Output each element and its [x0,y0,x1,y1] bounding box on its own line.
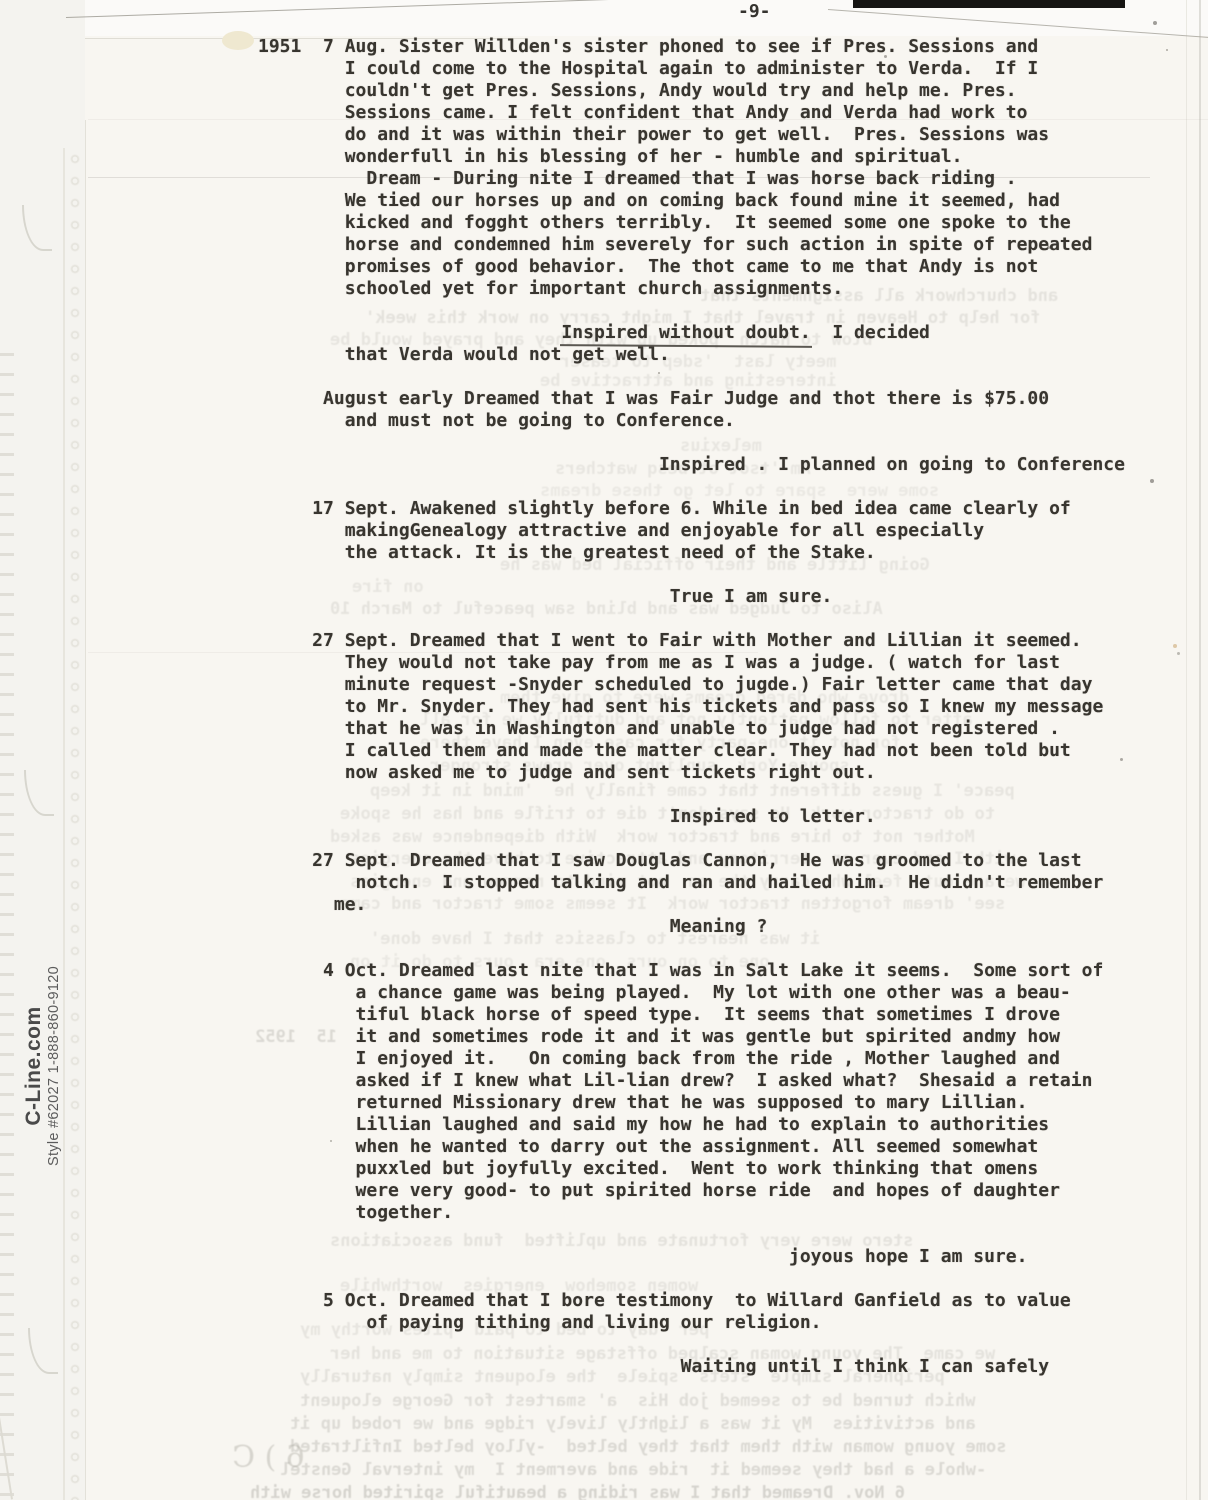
protector-stitch-marks [0,340,14,1500]
cline-brand-text: C-Line.com [22,916,46,1216]
dust-speck [1120,758,1123,761]
journal-entry-27-sept-cannon: 27 Sept. Dreamed that I saw Douglas Cann… [258,850,1125,916]
journal-entry-4-oct: 4 Oct. Dreamed last nite that I was in S… [258,960,1125,1224]
page-number: -9- [738,2,771,22]
note-inspired-to-letter: Inspired to letter. [258,806,1125,828]
paper-left-edge [85,120,86,1500]
note-joyous-hope: joyous hope I am sure. [258,1246,1125,1268]
dust-speck [1166,49,1168,51]
dust-speck [1173,644,1177,648]
journal-entry-august-early: August early Dreamed that I was Fair Jud… [258,388,1125,432]
cline-protector-label: C-Line.com Style #62027 1-888-860-9120 [22,916,62,1216]
binding-perforations [66,150,84,1500]
dust-speck [330,1140,332,1142]
cline-style-text: Style #62027 1-888-860-9120 [46,916,62,1216]
typewritten-text: 1951 7 Aug. Sister Willden's sister phon… [258,36,1125,1378]
paper-stain [222,31,254,50]
dust-speck [658,372,660,374]
journal-entry-17-sept: 17 Sept. Awakened slightly before 6. Whi… [258,498,1125,564]
dust-speck [1150,479,1154,483]
scan-top-black-strip [853,0,1125,8]
note-meaning: Meaning ? [258,916,1125,938]
dust-speck [884,55,887,58]
scanned-journal-page: C-Line.com Style #62027 1-888-860-9120 a… [0,0,1208,1500]
protector-crease [63,148,65,1500]
note-waiting: Waiting until I think I can safely [258,1356,1125,1378]
journal-entry-27-sept-fair: 27 Sept. Dreamed that I went to Fair wit… [258,630,1125,784]
dust-speck [1153,21,1157,25]
journal-entry-7-aug: 1951 7 Aug. Sister Willden's sister phon… [258,36,1125,300]
note-inspired-without-doubt: Inspired without doubt. I decided that V… [258,322,1125,366]
note-inspired-conference: Inspired . I planned on going to Confere… [258,454,1125,476]
dust-speck [1047,246,1050,249]
journal-entry-5-oct: 5 Oct. Dreamed that I bore testimony to … [258,1290,1125,1334]
dust-speck [1177,652,1180,655]
note-true-i-am-sure: True I am sure. [258,586,1125,608]
scan-right-edge [1199,0,1201,1500]
paper-right-edge [1186,0,1187,1500]
